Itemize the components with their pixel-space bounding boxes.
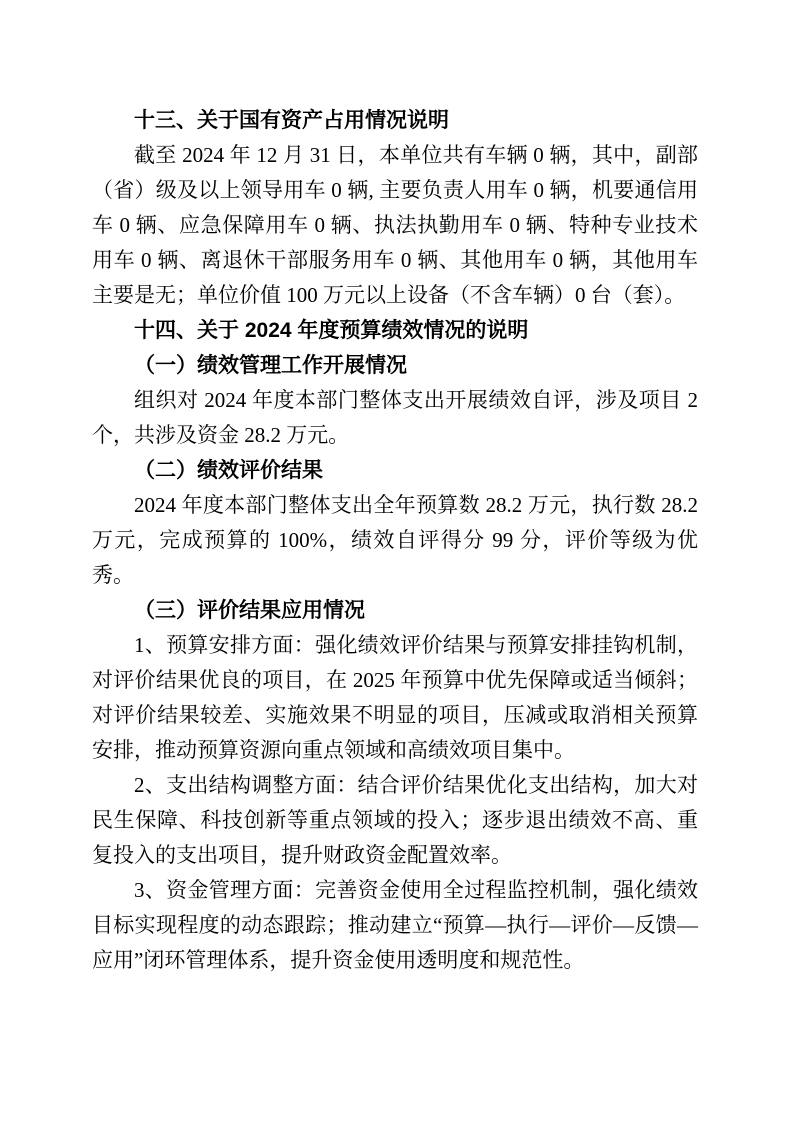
document-content: 十三、关于国有资产占用情况说明 截至 2024 年 12 月 31 日，本单位共… bbox=[92, 103, 698, 978]
paragraph-evaluation-figures: 2024 年度本部门整体支出全年预算数 28.2 万元，执行数 28.2 万元，… bbox=[92, 488, 698, 593]
paragraph-expenditure-structure: 2、支出结构调整方面：结合评价结果优化支出结构，加大对民生保障、科技创新等重点领… bbox=[92, 768, 698, 873]
section-heading-state-assets: 十三、关于国有资产占用情况说明 bbox=[92, 103, 698, 138]
paragraph-vehicle-assets: 截至 2024 年 12 月 31 日，本单位共有车辆 0 辆，其中，副部（省）… bbox=[92, 138, 698, 313]
section-heading-budget-performance: 十四、关于 2024 年度预算绩效情况的说明 bbox=[92, 313, 698, 348]
paragraph-budget-arrangement: 1、预算安排方面：强化绩效评价结果与预算安排挂钩机制，对评价结果优良的项目，在 … bbox=[92, 628, 698, 768]
paragraph-self-evaluation: 组织对 2024 年度本部门整体支出开展绩效自评，涉及项目 2 个，共涉及资金 … bbox=[92, 383, 698, 453]
subsection-heading-performance-management: （一）绩效管理工作开展情况 bbox=[92, 348, 698, 383]
subsection-heading-evaluation-results: （二）绩效评价结果 bbox=[92, 453, 698, 488]
subsection-heading-result-application: （三）评价结果应用情况 bbox=[92, 593, 698, 628]
paragraph-fund-management: 3、资金管理方面：完善资金使用全过程监控机制，强化绩效目标实现程度的动态跟踪；推… bbox=[92, 873, 698, 978]
document-page: 十三、关于国有资产占用情况说明 截至 2024 年 12 月 31 日，本单位共… bbox=[0, 0, 793, 1122]
